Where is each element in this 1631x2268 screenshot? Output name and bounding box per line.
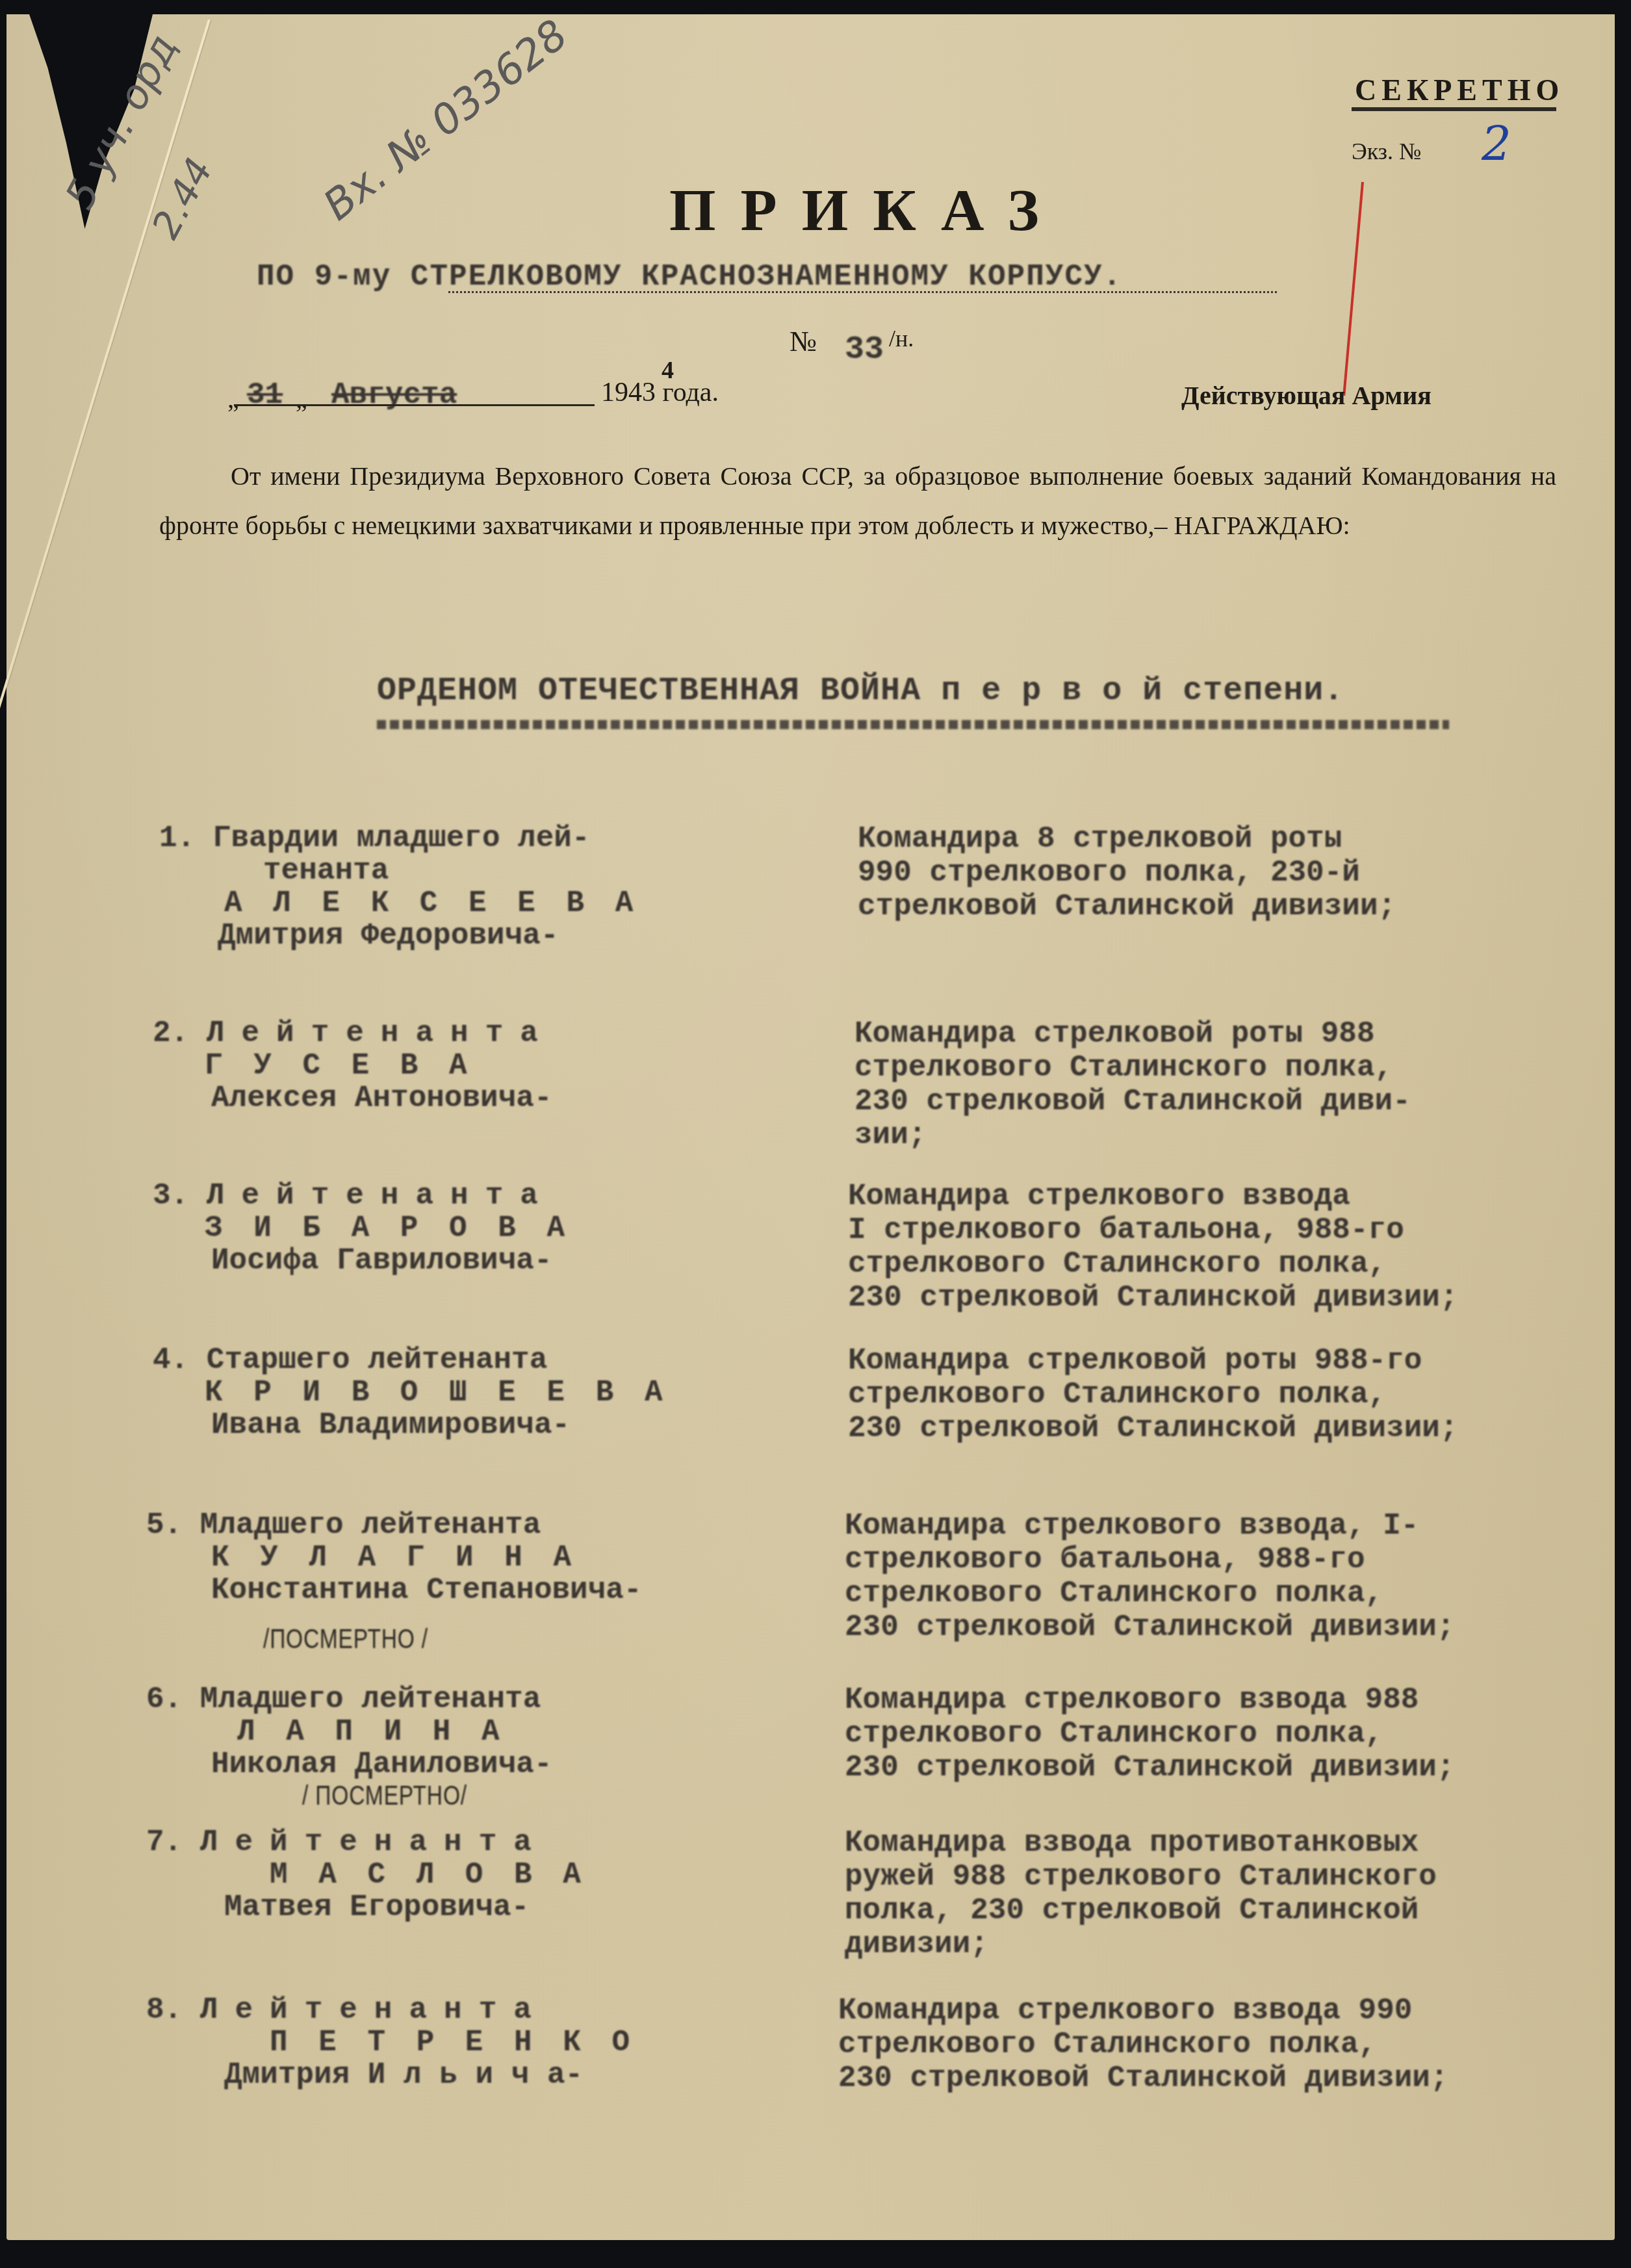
year-digit-typed: 3 xyxy=(642,378,656,407)
position-line: Командира стрелкового взвода 988 xyxy=(845,1683,1592,1717)
entry-surname: А Л Е К С Е Е В А xyxy=(159,887,744,920)
position-line: стрелкового батальона, 988-го xyxy=(845,1543,1592,1577)
position-line: Командира стрелкового взвода, I- xyxy=(845,1509,1592,1543)
position-line: Командира стрелкового взвода 990 xyxy=(838,1994,1586,2028)
position-line: 230 стрелковой Сталинской дивизии; xyxy=(848,1411,1595,1445)
entry-position: Командира стрелкового взвода I стрелково… xyxy=(848,1179,1595,1315)
entry-position: Командира стрелкового взвода 990 стрелко… xyxy=(838,1994,1586,2095)
position-line: 230 стрелковой Сталинской дивизии; xyxy=(848,1281,1595,1315)
entry-position: Командира стрелковой роты 988-го стрелко… xyxy=(848,1344,1595,1445)
classification-underline xyxy=(1352,107,1556,111)
preamble-text: От имени Президиума Верховного Совета Со… xyxy=(159,452,1556,550)
position-line: стрелковой Сталинской дивизии; xyxy=(858,890,1605,923)
posthumous-note: /ПОСМЕРТНО / xyxy=(263,1623,428,1655)
entry-given-name: Константина Степановича- xyxy=(146,1574,731,1606)
entry-number: 1. xyxy=(159,821,195,855)
position-line: ружей 988 стрелкового Сталинского xyxy=(845,1860,1592,1894)
award-heading: ОРДЕНОМ ОТЕЧЕСТВЕННАЯ ВОЙНА п е р в о й … xyxy=(377,673,1344,710)
position-line: I стрелкового батальона, 988-го xyxy=(848,1213,1595,1247)
position-line: 230 стрелковой Сталинской диви- xyxy=(854,1085,1602,1118)
entry-rank: Лейтенанта xyxy=(207,1179,555,1213)
date-year: 1943 года. xyxy=(601,377,719,408)
position-line: Командира взвода противотанковых xyxy=(845,1826,1592,1860)
position-line: Командира 8 стрелковой роты xyxy=(858,822,1605,856)
preamble-body: От имени Президиума Верховного Совета Со… xyxy=(159,461,1556,540)
entry-surname: Г У С Е В А xyxy=(153,1050,738,1082)
position-line: 230 стрелковой Сталинской дивизии; xyxy=(845,1751,1592,1785)
date-underline xyxy=(234,404,595,406)
entry-given-name: Ивана Владимировича- xyxy=(153,1409,738,1441)
entry-surname: П Е Т Р Е Н К О xyxy=(146,2026,731,2059)
entry-surname: К У Л А Г И Н А xyxy=(146,1541,731,1574)
entry-rank: Лейтенанта xyxy=(207,1016,555,1050)
position-line: Командира стрелкового взвода xyxy=(848,1179,1595,1213)
date-day: 31 xyxy=(247,378,283,412)
year-correction: 4 xyxy=(661,356,674,385)
position-line: 990 стрелкового полка, 230-й xyxy=(858,856,1605,890)
order-number-symbol: № xyxy=(790,325,817,358)
classification-label: СЕКРЕТНО xyxy=(1355,73,1564,107)
entry-position: Командира стрелкового взвода, I- стрелко… xyxy=(845,1509,1592,1644)
corps-dotted-line xyxy=(448,291,1277,293)
order-number-suffix: /н. xyxy=(889,325,914,352)
entry-surname: З И Б А Р О В А xyxy=(153,1212,738,1244)
entry-surname: М А С Л О В А xyxy=(146,1859,731,1891)
position-line: 230 стрелковой Сталинской дивизии; xyxy=(838,2061,1586,2095)
entry-given-name: Николая Даниловича- xyxy=(146,1748,731,1781)
copy-number-handwritten: 2 xyxy=(1482,117,1511,172)
date-month: Августа xyxy=(331,378,457,412)
entry-surname: К Р И В О Ш Е Е В А xyxy=(153,1376,738,1409)
entry-number: 3. xyxy=(153,1179,188,1213)
award-double-underline xyxy=(377,720,1449,729)
position-line: Командира стрелковой роты 988-го xyxy=(848,1344,1595,1378)
entry-given-name: Дмитрия Федоровича- xyxy=(159,920,744,952)
entry-given-name: Алексея Антоновича- xyxy=(153,1082,738,1115)
issuing-corps: ПО 9-му СТРЕЛКОВОМУ КРАСНОЗНАМЕННОМУ КОР… xyxy=(257,260,1122,294)
position-line: стрелкового Сталинского полка, xyxy=(838,2028,1586,2061)
entry-number: 6. xyxy=(146,1682,182,1716)
entry-rank: Гвардии младшего лей- xyxy=(213,821,590,855)
entry-rank: Лейтенанта xyxy=(200,1993,548,2027)
position-line: зии; xyxy=(854,1118,1602,1152)
entry-number: 7. xyxy=(146,1825,182,1859)
order-number: 33 xyxy=(845,331,884,368)
entry-given-name: Иосифа Гавриловича- xyxy=(153,1244,738,1277)
entry-rank: Младшего лейтенанта xyxy=(200,1682,541,1716)
entry-number: 4. xyxy=(153,1343,188,1377)
position-line: полка, 230 стрелковой Сталинской xyxy=(845,1894,1592,1927)
date-open-quote: „ xyxy=(227,383,239,414)
entry-given-name: Дмитрия И л ь и ч а- xyxy=(146,2059,731,2091)
entry-rank: Старшего лейтенанта xyxy=(207,1343,548,1377)
entry-given-name: Матвея Егоровича- xyxy=(146,1891,731,1924)
location-label: Действующая Армия xyxy=(1181,380,1432,411)
entry-position: Командира взвода противотанковых ружей 9… xyxy=(845,1826,1592,1961)
entry-position: Командира 8 стрелковой роты 990 стрелков… xyxy=(858,822,1605,923)
entry-position: Командира стрелкового взвода 988 стрелко… xyxy=(845,1683,1592,1785)
position-line: стрелкового Сталинского полка, xyxy=(854,1051,1602,1085)
position-line: 230 стрелковой Сталинской дивизии; xyxy=(845,1610,1592,1644)
entry-rank: Младшего лейтенанта xyxy=(200,1508,541,1542)
date-close-quote: „ xyxy=(296,383,307,414)
entry-number: 5. xyxy=(146,1508,182,1542)
position-line: стрелкового Сталинского полка, xyxy=(848,1247,1595,1281)
position-line: дивизии; xyxy=(845,1927,1592,1961)
position-line: стрелкового Сталинского полка, xyxy=(845,1577,1592,1610)
posthumous-note: / ПОСМЕРТНО/ xyxy=(302,1779,467,1812)
entry-position: Командира стрелковой роты 988 стрелковог… xyxy=(854,1017,1602,1152)
entry-rank: Лейтенанта xyxy=(200,1825,548,1859)
document-title: ПРИКАЗ xyxy=(669,175,1064,244)
entry-number: 8. xyxy=(146,1993,182,2027)
entry-surname: Л А П И Н А xyxy=(146,1716,731,1748)
entry-number: 2. xyxy=(153,1016,188,1050)
copy-number-label: Экз. № xyxy=(1352,138,1421,165)
entry-rank-cont: тенанта xyxy=(159,855,744,887)
position-line: Командира стрелковой роты 988 xyxy=(854,1017,1602,1051)
position-line: стрелкового Сталинского полка, xyxy=(848,1378,1595,1411)
position-line: стрелкового Сталинского полка, xyxy=(845,1717,1592,1751)
year-prefix: 194 xyxy=(601,378,642,407)
